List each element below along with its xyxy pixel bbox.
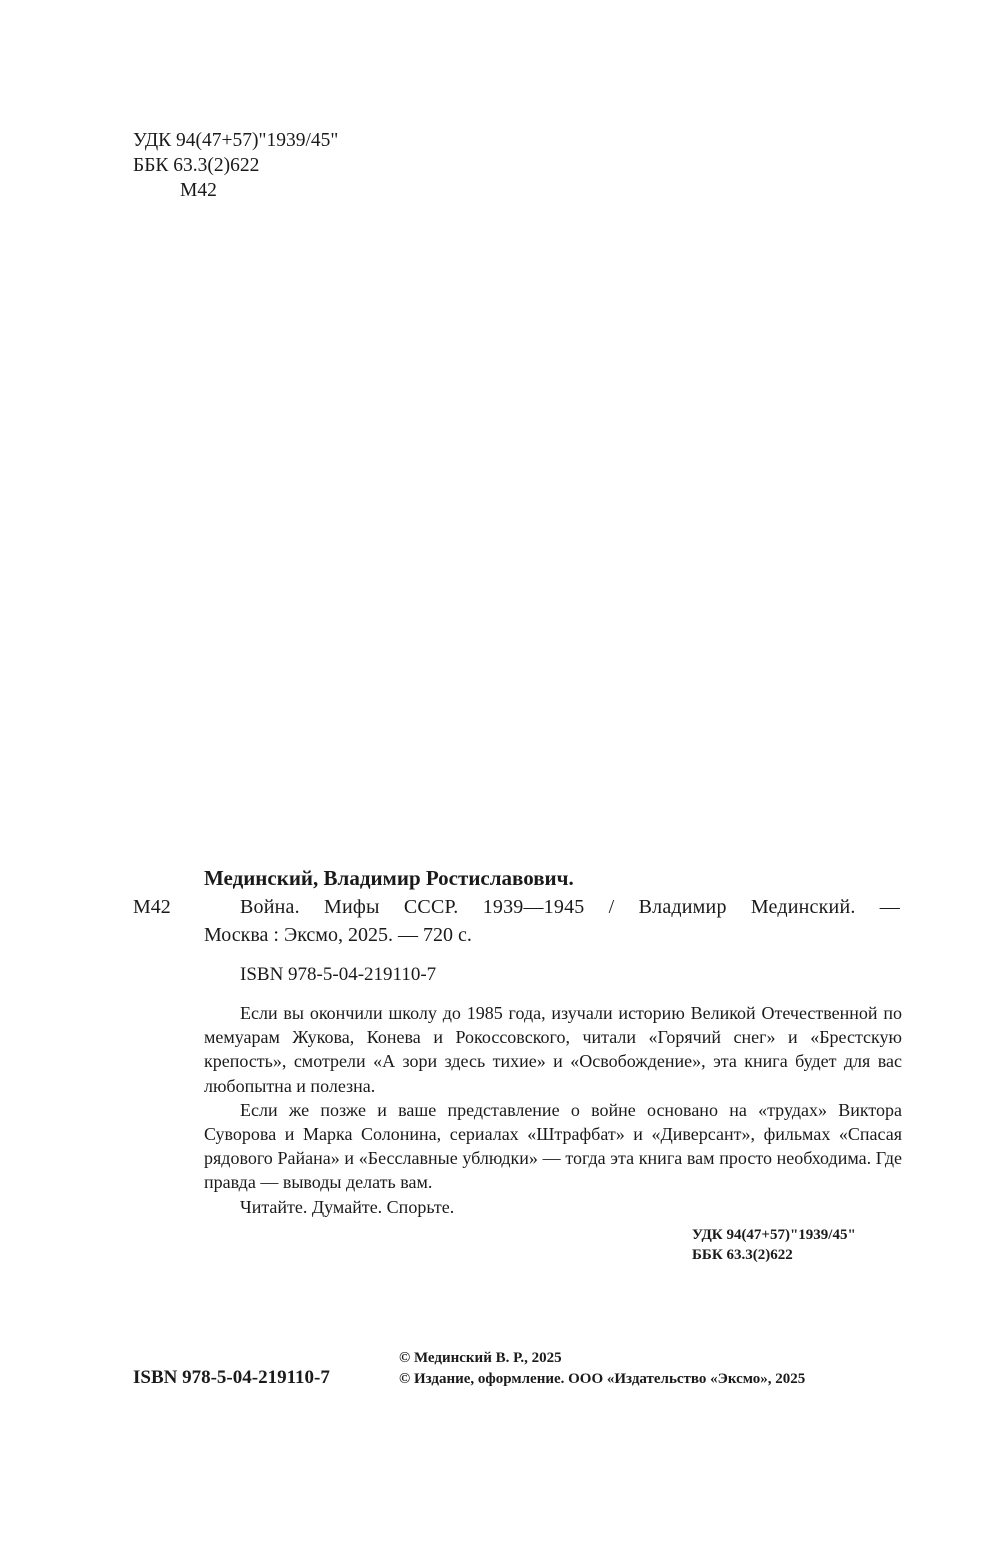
catalog-isbn: ISBN 978-5-04-219110-7 (240, 964, 436, 986)
title-word: Война. (240, 896, 300, 919)
footer-isbn: ISBN 978-5-04-219110-7 (133, 1367, 330, 1389)
title-word: Владимир (639, 896, 727, 919)
title-word: Мифы (324, 896, 380, 919)
title-word: / (609, 896, 615, 919)
annotation: Если вы окончили школу до 1985 года, изу… (204, 1001, 902, 1219)
copyright-publisher: © Издание, оформление. ООО «Издательство… (399, 1369, 805, 1390)
annotation-paragraph: Если же позже и ваше представление о вой… (204, 1098, 902, 1195)
catalog-title-line: Война. Мифы СССР. 1939—1945 / Владимир М… (240, 896, 900, 919)
title-word: 1939—1945 (483, 896, 585, 919)
bbk-code: ББК 63.3(2)622 (133, 153, 338, 178)
copyright-block: © Мединский В. Р., 2025 © Издание, оформ… (399, 1348, 805, 1390)
copyright-author: © Мединский В. Р., 2025 (399, 1348, 805, 1369)
catalog-publication: Москва : Эксмо, 2025. — 720 с. (204, 924, 472, 947)
annotation-paragraph: Читайте. Думайте. Спорьте. (204, 1195, 902, 1219)
udk-code-bottom: УДК 94(47+57)"1939/45" (692, 1225, 856, 1245)
author-sign: М42 (133, 178, 338, 203)
bbk-code-bottom: ББК 63.3(2)622 (692, 1245, 856, 1265)
catalog-author-sign: М42 (133, 896, 171, 919)
title-word: — (880, 896, 900, 919)
title-word: СССР. (404, 896, 459, 919)
classification-header: УДК 94(47+57)"1939/45" ББК 63.3(2)622 М4… (133, 128, 338, 203)
catalog-author: Мединский, Владимир Ростиславович. (204, 866, 574, 891)
udk-code: УДК 94(47+57)"1939/45" (133, 128, 338, 153)
classification-footer: УДК 94(47+57)"1939/45" ББК 63.3(2)622 (692, 1225, 856, 1265)
title-word: Мединский. (751, 896, 856, 919)
annotation-paragraph: Если вы окончили школу до 1985 года, изу… (204, 1001, 902, 1098)
